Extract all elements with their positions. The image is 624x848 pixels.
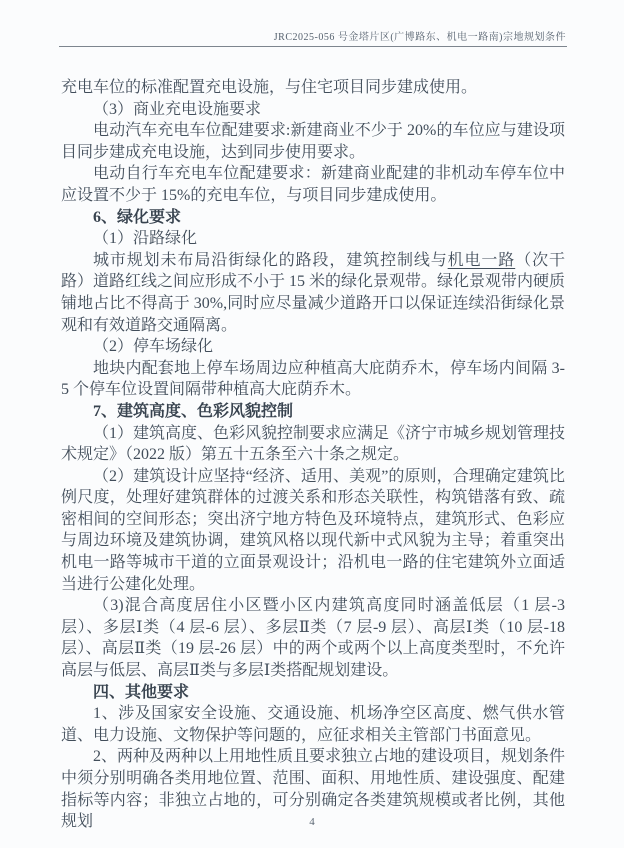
paragraph-text: （2）停车场绿化 [93,338,213,355]
paragraph: 1、涉及国家安全设施、交通设施、机场净空区高度、燃气供水管道、电力设施、文物保护… [61,703,565,746]
paragraph-text: （1）沿路绿化 [93,230,197,247]
paragraph-text: （2）建筑设计应坚持“经济、适用、美观”的原则，合理确定建筑比例尺度，处理好建筑… [61,468,565,593]
section-heading: 7、建筑高度、色彩风貌控制 [61,401,565,423]
paragraph: （2）停车场绿化 [61,336,565,358]
document-header-title: JRC2025-056 号金塔片区(广博路东、机电一路南)宗地规划条件 [274,28,566,43]
paragraph: 城市规划未布局沿街绿化的路段，建筑控制线与机电一路（次干路）道路红线之间应形成不… [61,250,565,336]
paragraph-text: 四、其他要求 [93,684,189,701]
section-heading: 6、绿化要求 [61,207,565,229]
document-page: JRC2025-056 号金塔片区(广博路东、机电一路南)宗地规划条件 充电车位… [0,0,624,848]
paragraph: （3)混合高度居住小区暨小区内建筑高度同时涵盖低层（1 层-3 层）、多层Ⅰ类（… [61,595,565,681]
paragraph-text: （3)混合高度居住小区暨小区内建筑高度同时涵盖低层（1 层-3 层）、多层Ⅰ类（… [61,597,565,679]
paragraph-text: 地块内配套地上停车场周边应种植高大庇荫乔木，停车场内间隔 3-5 个停车位设置间… [61,360,565,399]
paragraph: 电动自行车充电车位配建要求：新建商业配建的非机动车停车位中应设置不少于 15%的… [61,163,565,206]
paragraph-text: 城市规划未布局沿街绿化的路段，建筑控制线与 [93,252,448,269]
paragraph: （3）商业充电设施要求 [61,99,565,121]
paragraph-text: 6、绿化要求 [93,209,181,226]
paragraph-text: 7、建筑高度、色彩风貌控制 [93,403,293,420]
paragraph-text: 电动汽车充电车位配建要求:新建商业不少于 20%的车位应与建设项目同步建成充电设… [61,122,565,161]
underlined-road-name: 机电一路 [448,252,516,269]
paragraph: （1）沿路绿化 [61,228,565,250]
paragraph-text: 电动自行车充电车位配建要求：新建商业配建的非机动车停车位中应设置不少于 15%的… [61,165,565,204]
body-text: 充电车位的标准配置充电设施，与住宅项目同步建成使用。（3）商业充电设施要求电动汽… [61,77,565,833]
header-rule [59,46,567,47]
paragraph-text: 充电车位的标准配置充电设施，与住宅项目同步建成使用。 [61,79,477,96]
paragraph: （1）建筑高度、色彩风貌控制要求应满足《济宁市城乡规划管理技术规定》（2022 … [61,423,565,466]
page-number: 4 [0,816,624,828]
section-heading: 四、其他要求 [61,682,565,704]
paragraph-text: 1、涉及国家安全设施、交通设施、机场净空区高度、燃气供水管道、电力设施、文物保护… [61,705,565,744]
paragraph: （2）建筑设计应坚持“经济、适用、美观”的原则，合理确定建筑比例尺度，处理好建筑… [61,466,565,596]
paragraph: 充电车位的标准配置充电设施，与住宅项目同步建成使用。 [61,77,565,99]
paragraph: 地块内配套地上停车场周边应种植高大庇荫乔木，停车场内间隔 3-5 个停车位设置间… [61,358,565,401]
paragraph-text: （3）商业充电设施要求 [93,101,261,118]
paragraph: 电动汽车充电车位配建要求:新建商业不少于 20%的车位应与建设项目同步建成充电设… [61,120,565,163]
paragraph-text: （1）建筑高度、色彩风貌控制要求应满足《济宁市城乡规划管理技术规定》（2022 … [61,425,565,464]
